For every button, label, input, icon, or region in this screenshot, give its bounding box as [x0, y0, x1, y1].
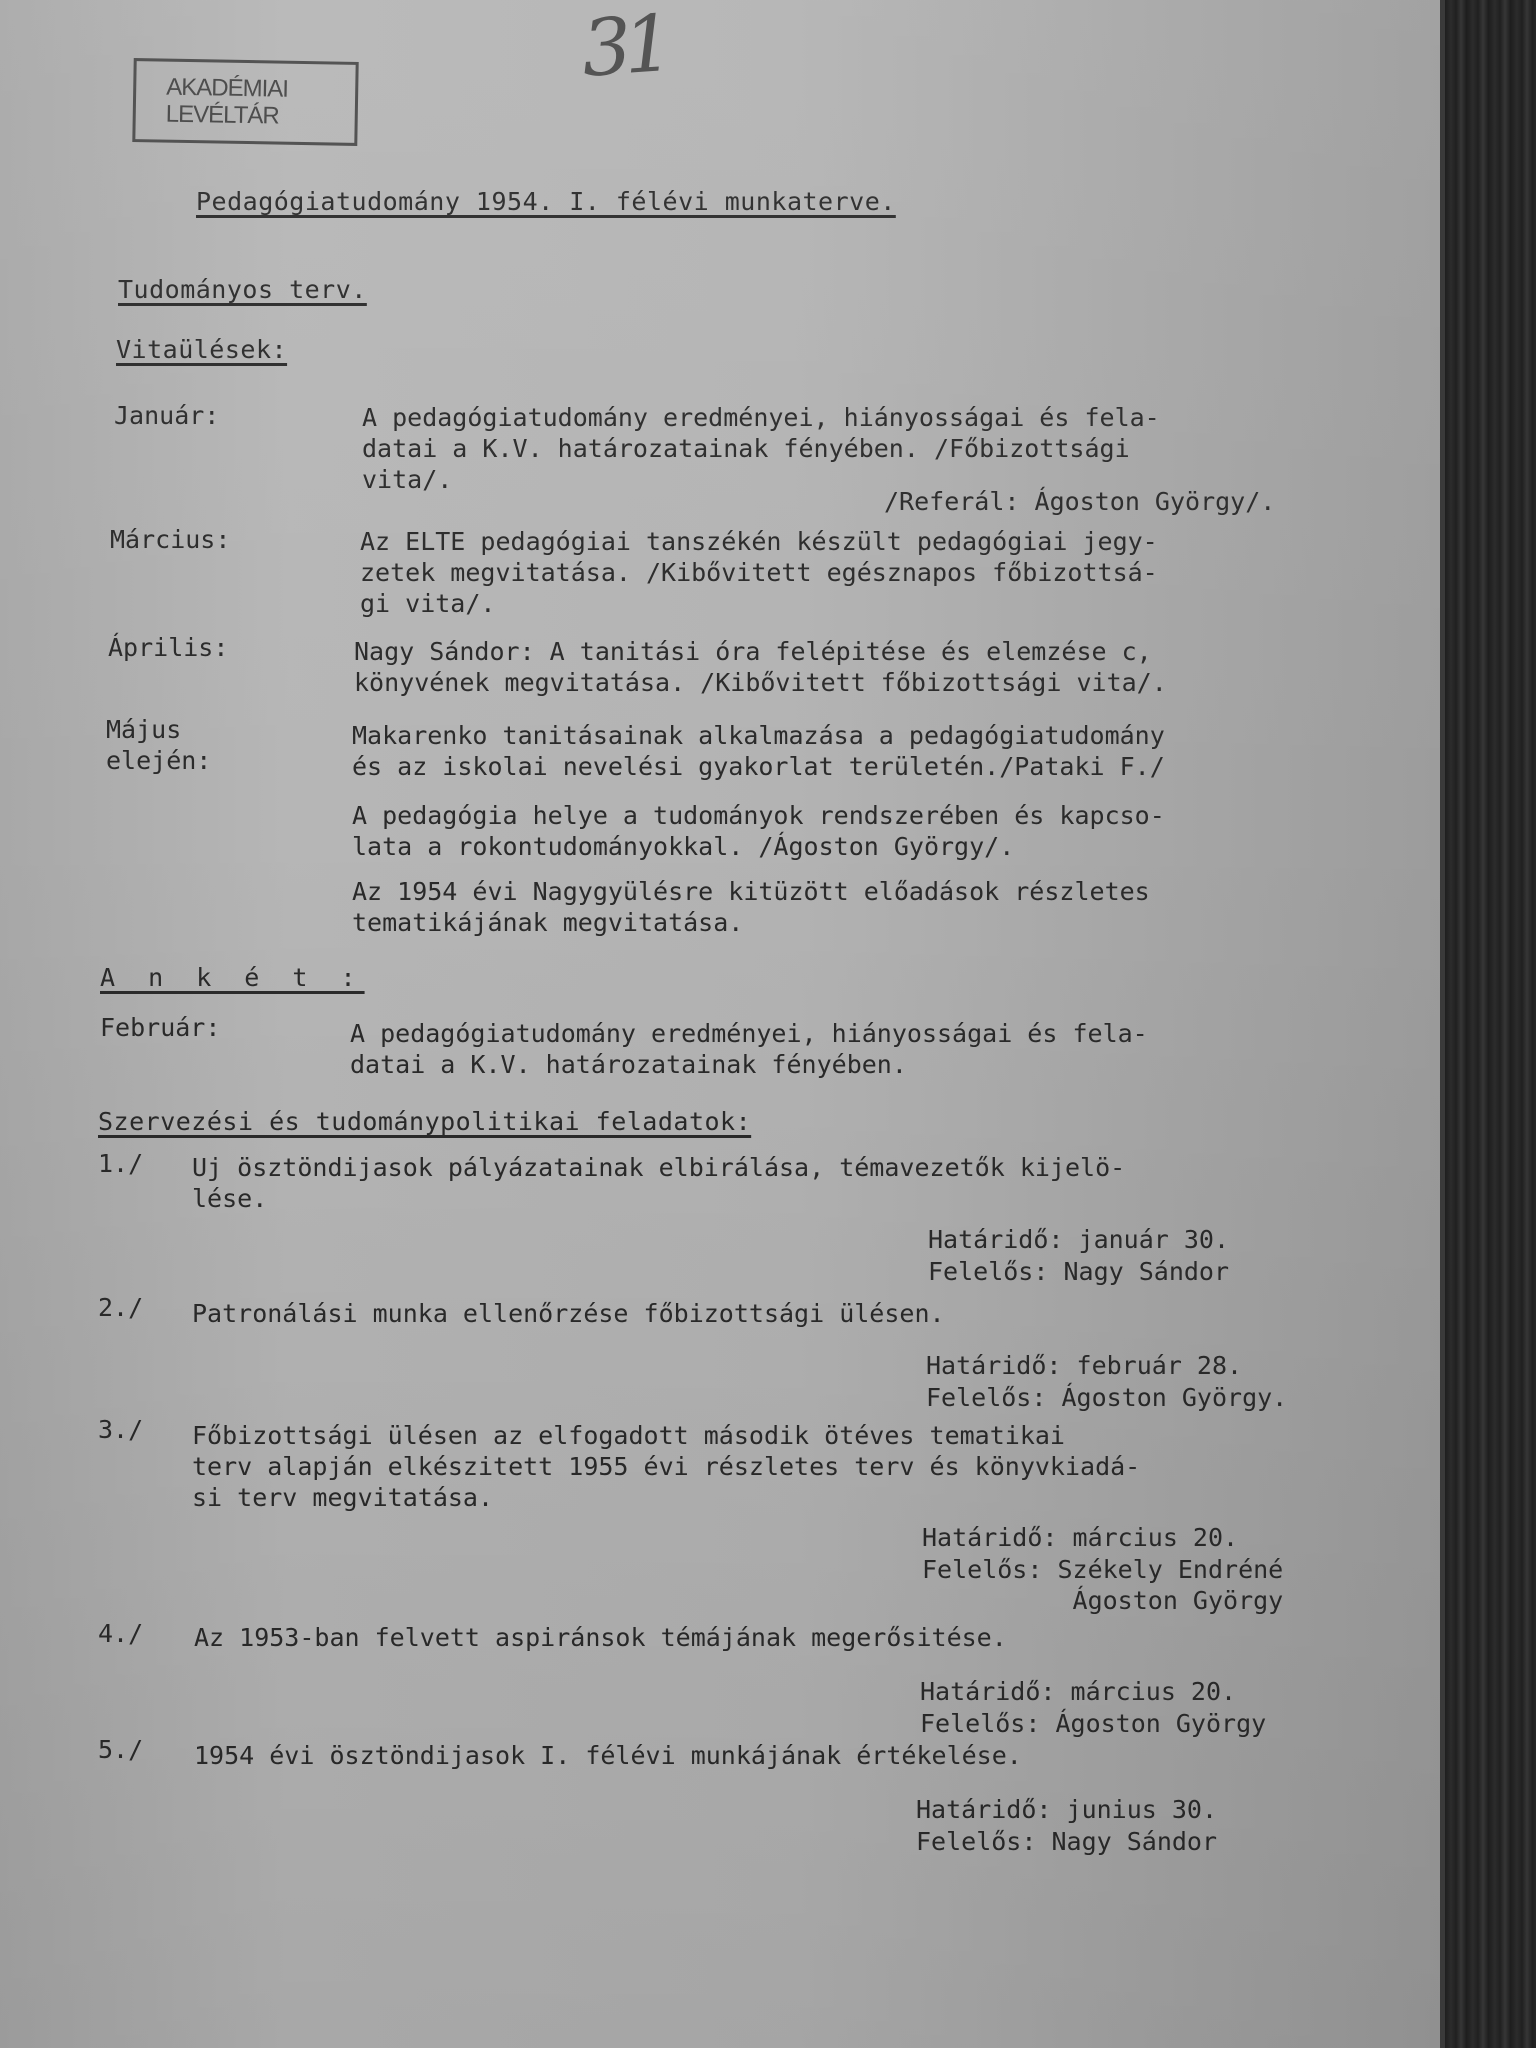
task-responsible: Felelős: Ágoston György. [926, 1382, 1287, 1413]
debate-month: Március: [110, 524, 230, 555]
task-deadline: Határidő: január 30. [928, 1224, 1229, 1255]
debate-text: Az ELTE pedagógiai tanszékén készült ped… [360, 526, 1440, 619]
debate-month: Április: [108, 632, 228, 663]
task-text: Az 1953-ban felvett aspiránsok témájának… [194, 1622, 1274, 1653]
task-number: 3./ [98, 1414, 143, 1445]
section-heading-survey: A n k é t : [100, 962, 365, 993]
section-heading-debates: Vitaülések: [116, 334, 287, 365]
stamp-line-1: AKADÉMIAI [166, 74, 355, 104]
document-page: 31 AKADÉMIAI LEVÉLTÁR Pedagógiatudomány … [0, 0, 1445, 2048]
survey-text: A pedagógiatudomány eredményei, hiányoss… [350, 1018, 1430, 1080]
task-text: 1954 évi ösztöndijasok I. félévi munkájá… [194, 1740, 1274, 1771]
task-text: Patronálási munka ellenőrzése főbizottsá… [192, 1298, 1272, 1329]
task-deadline: Határidő: március 20. [922, 1522, 1238, 1553]
task-deadline: Határidő: február 28. [926, 1350, 1242, 1381]
debate-month: Január: [114, 400, 219, 431]
survey-month: Február: [100, 1012, 220, 1043]
section-heading-tasks: Szervezési és tudománypolitikai feladato… [98, 1106, 751, 1137]
document-title: Pedagógiatudomány 1954. I. félévi munkat… [196, 186, 896, 217]
task-responsible: Felelős: Nagy Sándor [928, 1256, 1229, 1287]
task-number: 1./ [98, 1148, 143, 1179]
section-heading-scientific-plan: Tudományos terv. [118, 274, 367, 305]
task-responsible: Felelős: Székely Endréné Ágoston György [922, 1554, 1283, 1616]
archive-stamp: AKADÉMIAI LEVÉLTÁR [132, 58, 358, 146]
debate-month: Május elején: [106, 714, 211, 776]
task-deadline: Határidő: március 20. [920, 1676, 1236, 1707]
task-text: Főbizottsági ülésen az elfogadott másodi… [192, 1420, 1422, 1513]
task-text: Uj ösztöndijasok pályázatainak elbirálás… [192, 1152, 1412, 1214]
task-number: 2./ [98, 1292, 143, 1323]
binding-spine [1445, 0, 1536, 2048]
stamp-line-2: LEVÉLTÁR [166, 101, 355, 131]
debate-text: A pedagógia helye a tudományok rendszeré… [352, 800, 1432, 862]
task-number: 4./ [98, 1618, 143, 1649]
debate-text: Nagy Sándor: A tanitási óra felépitése é… [354, 636, 1434, 698]
debate-text: Az 1954 évi Nagygyülésre kitüzött előadá… [352, 876, 1432, 938]
debate-text: A pedagógiatudomány eredményei, hiányoss… [362, 402, 1442, 495]
task-number: 5./ [98, 1734, 143, 1765]
debate-note: /Referál: Ágoston György/. [884, 486, 1275, 517]
task-responsible: Felelős: Nagy Sándor [916, 1826, 1217, 1857]
handwritten-folio-number: 31 [579, 0, 668, 95]
task-deadline: Határidő: junius 30. [916, 1794, 1217, 1825]
task-responsible: Felelős: Ágoston György [920, 1708, 1266, 1739]
debate-text: Makarenko tanitásainak alkalmazása a ped… [352, 720, 1432, 782]
